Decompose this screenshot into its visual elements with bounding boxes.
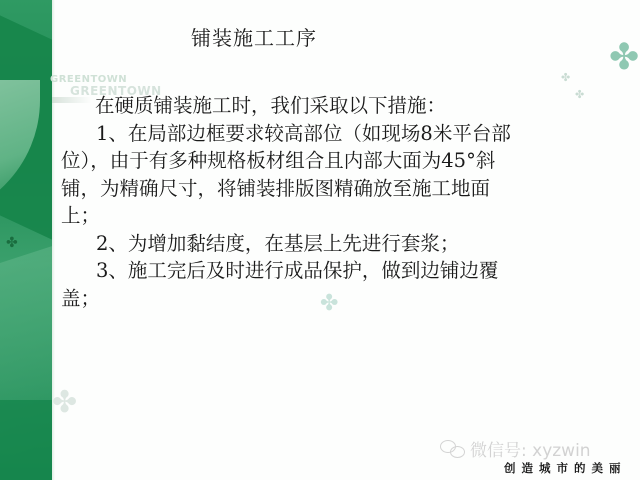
item-1-line: 位），由于有多种规格板材组合且内部大面为45°斜 xyxy=(61,147,621,175)
panel-band xyxy=(0,400,52,480)
wechat-label: 微信号: xyzwin xyxy=(470,436,591,461)
item-2-line: 2、为增加黏结度，在基层上先进行套浆； xyxy=(61,230,621,258)
intro-text: 在硬质铺装施工时，我们采取以下措施： xyxy=(61,92,621,120)
presentation-slide: ✤ GREENTOWN GREENTOWN ✤ ✤ ✤ ✤ ✤ 铺装施工工序 在… xyxy=(0,0,640,480)
clover-icon: ✤ xyxy=(561,72,570,83)
item-1-line: 上； xyxy=(61,202,621,230)
clover-icon: ✤ xyxy=(6,236,18,250)
wechat-icon xyxy=(440,440,466,458)
footer-slogan: 创造城市的美丽 xyxy=(504,460,627,476)
clover-icon: ✤ xyxy=(52,388,77,418)
wechat-watermark: 微信号: xyzwin xyxy=(440,436,591,461)
item-3-line: 3、施工完后及时进行成品保护，做到边铺边覆 xyxy=(61,257,621,285)
item-1-line: 铺，为精确尺寸，将铺装排版图精确放至施工地面 xyxy=(61,175,621,203)
item-3-line: 盖； xyxy=(61,285,621,313)
clover-icon: ✤ xyxy=(609,40,639,76)
slide-title: 铺装施工工序 xyxy=(191,22,317,51)
slide-body: 在硬质铺装施工时，我们采取以下措施： 1、在局部边框要求较高部位（如现场8米平台… xyxy=(61,92,621,312)
item-1-line: 1、在局部边框要求较高部位（如现场8米平台部 xyxy=(61,120,621,148)
left-green-panel: ✤ xyxy=(0,0,52,480)
